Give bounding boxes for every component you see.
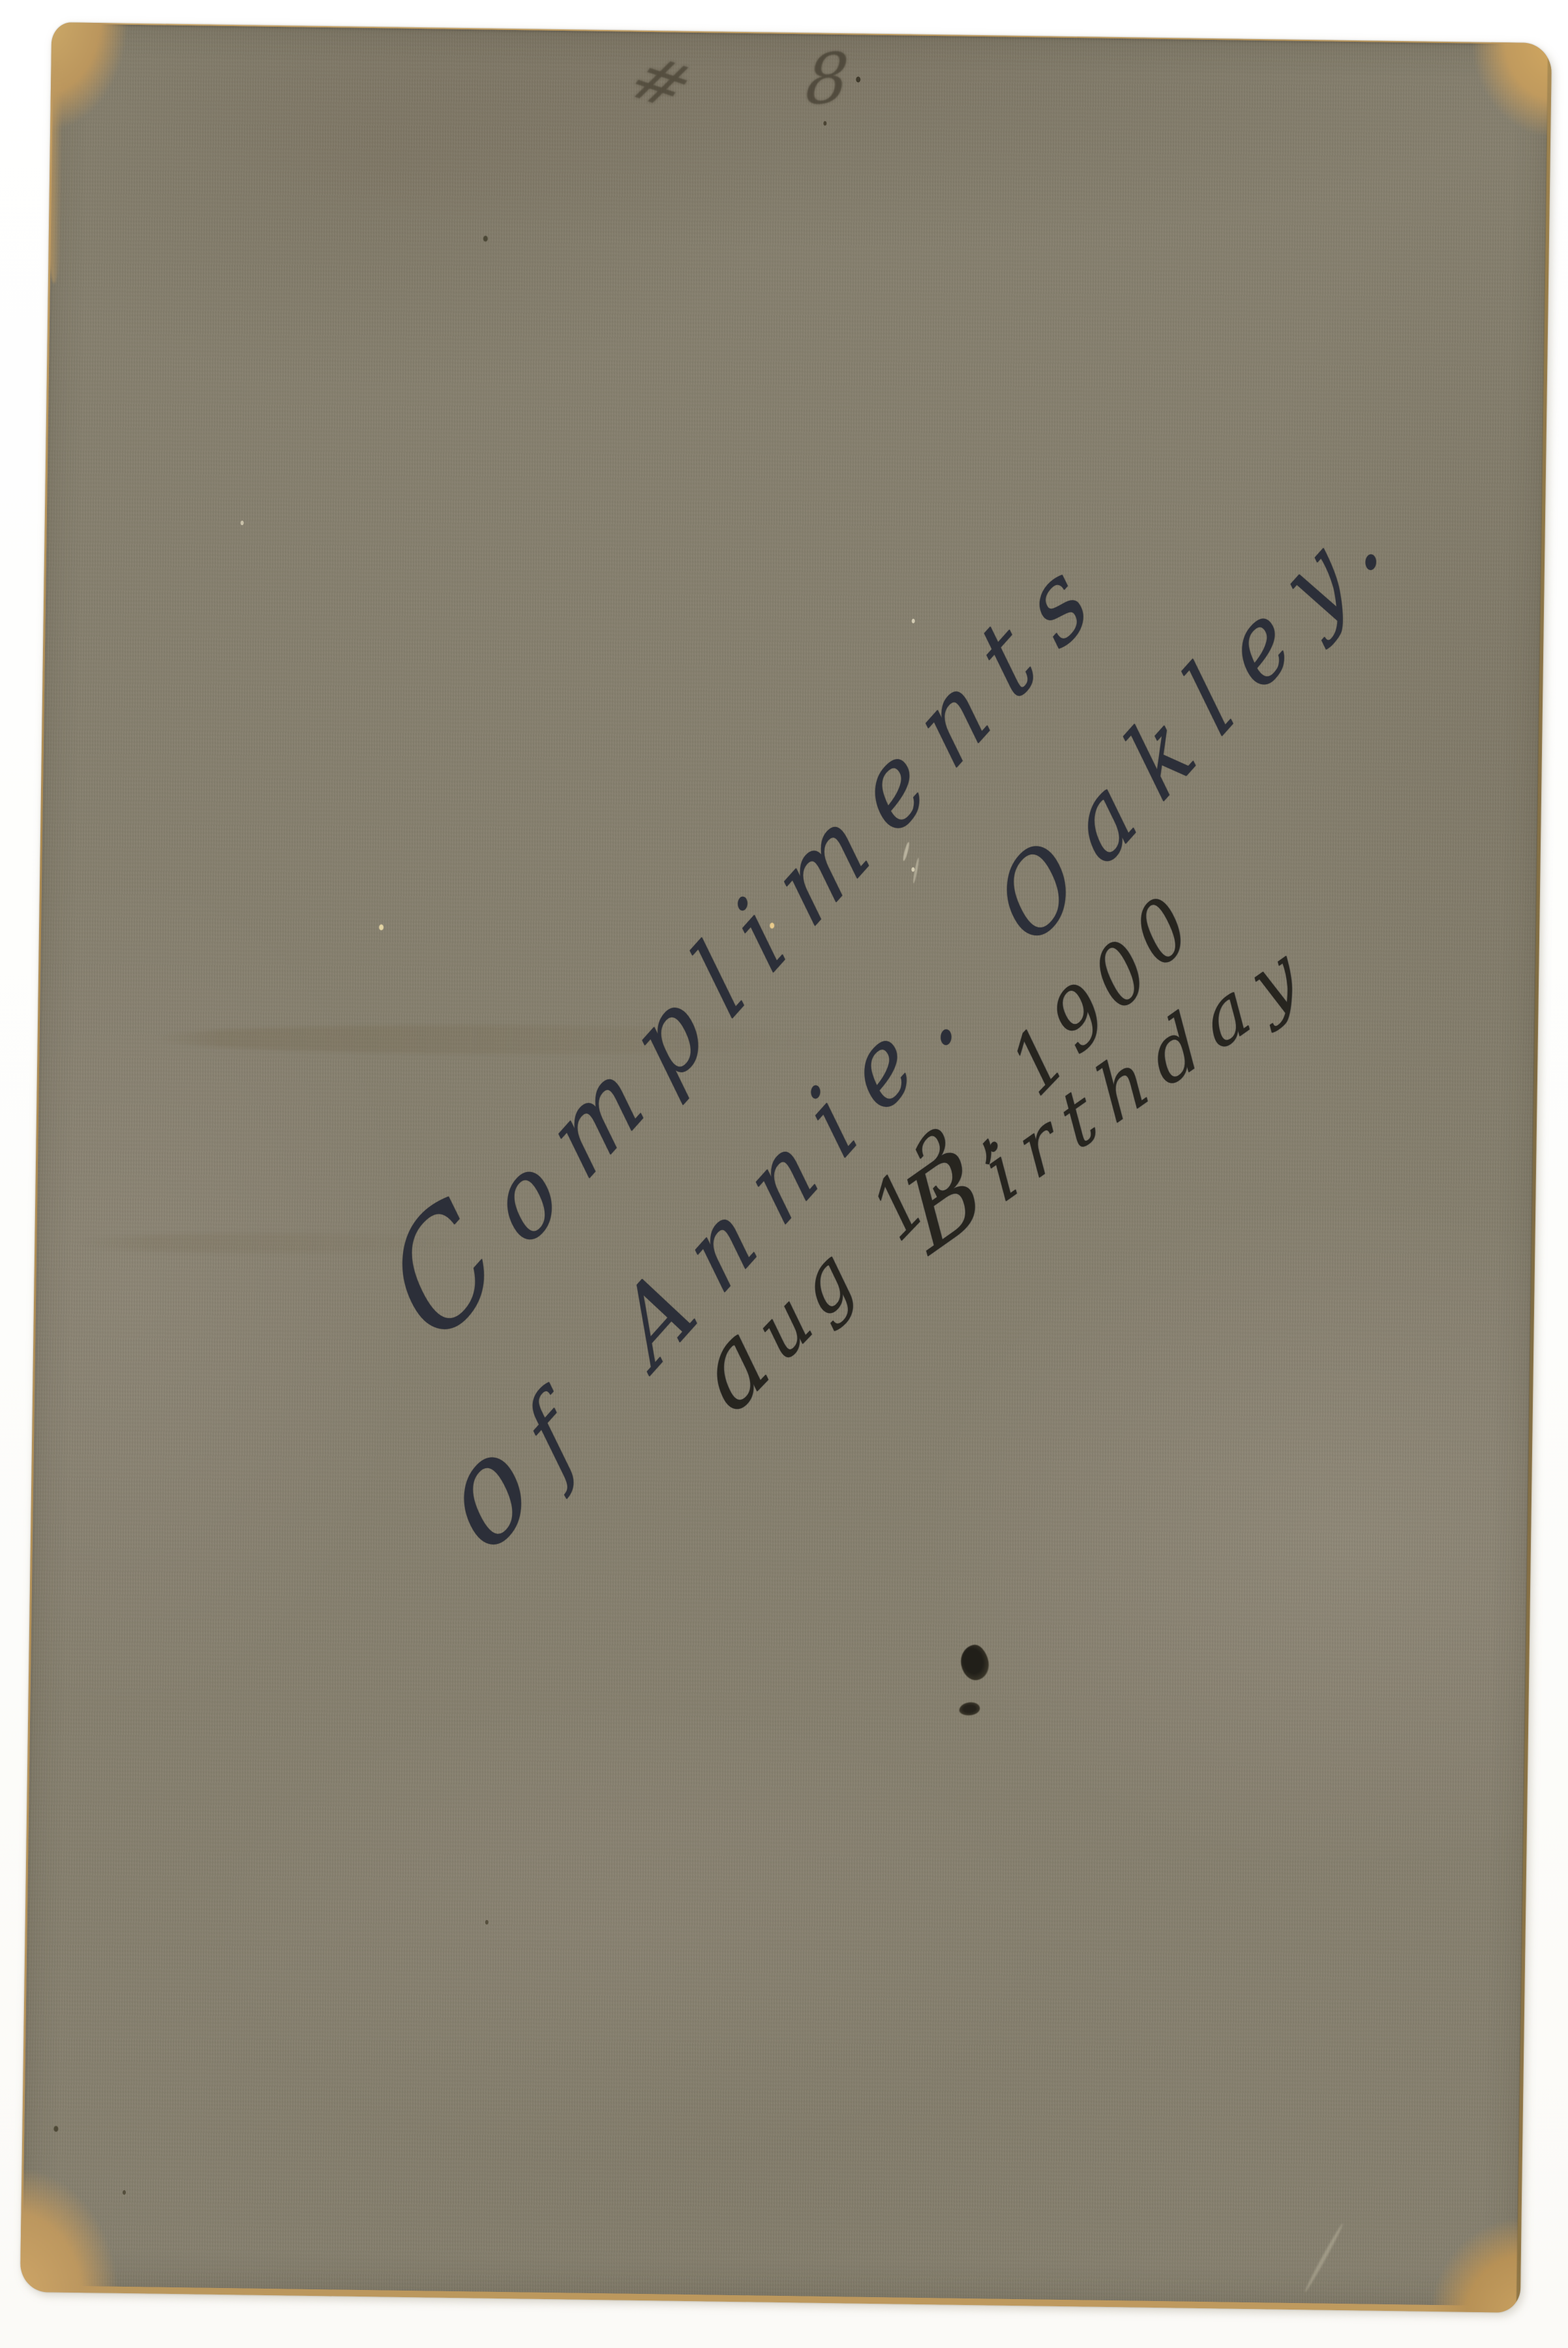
corner-wear-top-right — [1464, 39, 1552, 145]
corner-wear-bottom-left — [20, 2167, 121, 2298]
scan-background: # 8 Compliments of Annie. Oakley. aug 13… — [0, 0, 1568, 2348]
corner-wear-bottom-right — [1426, 2212, 1525, 2313]
pencil-mark-number: 8 — [804, 42, 851, 115]
pencil-mark-number-text: 8 — [804, 37, 851, 121]
photo-card-back: # 8 Compliments of Annie. Oakley. aug 13… — [20, 22, 1552, 2313]
